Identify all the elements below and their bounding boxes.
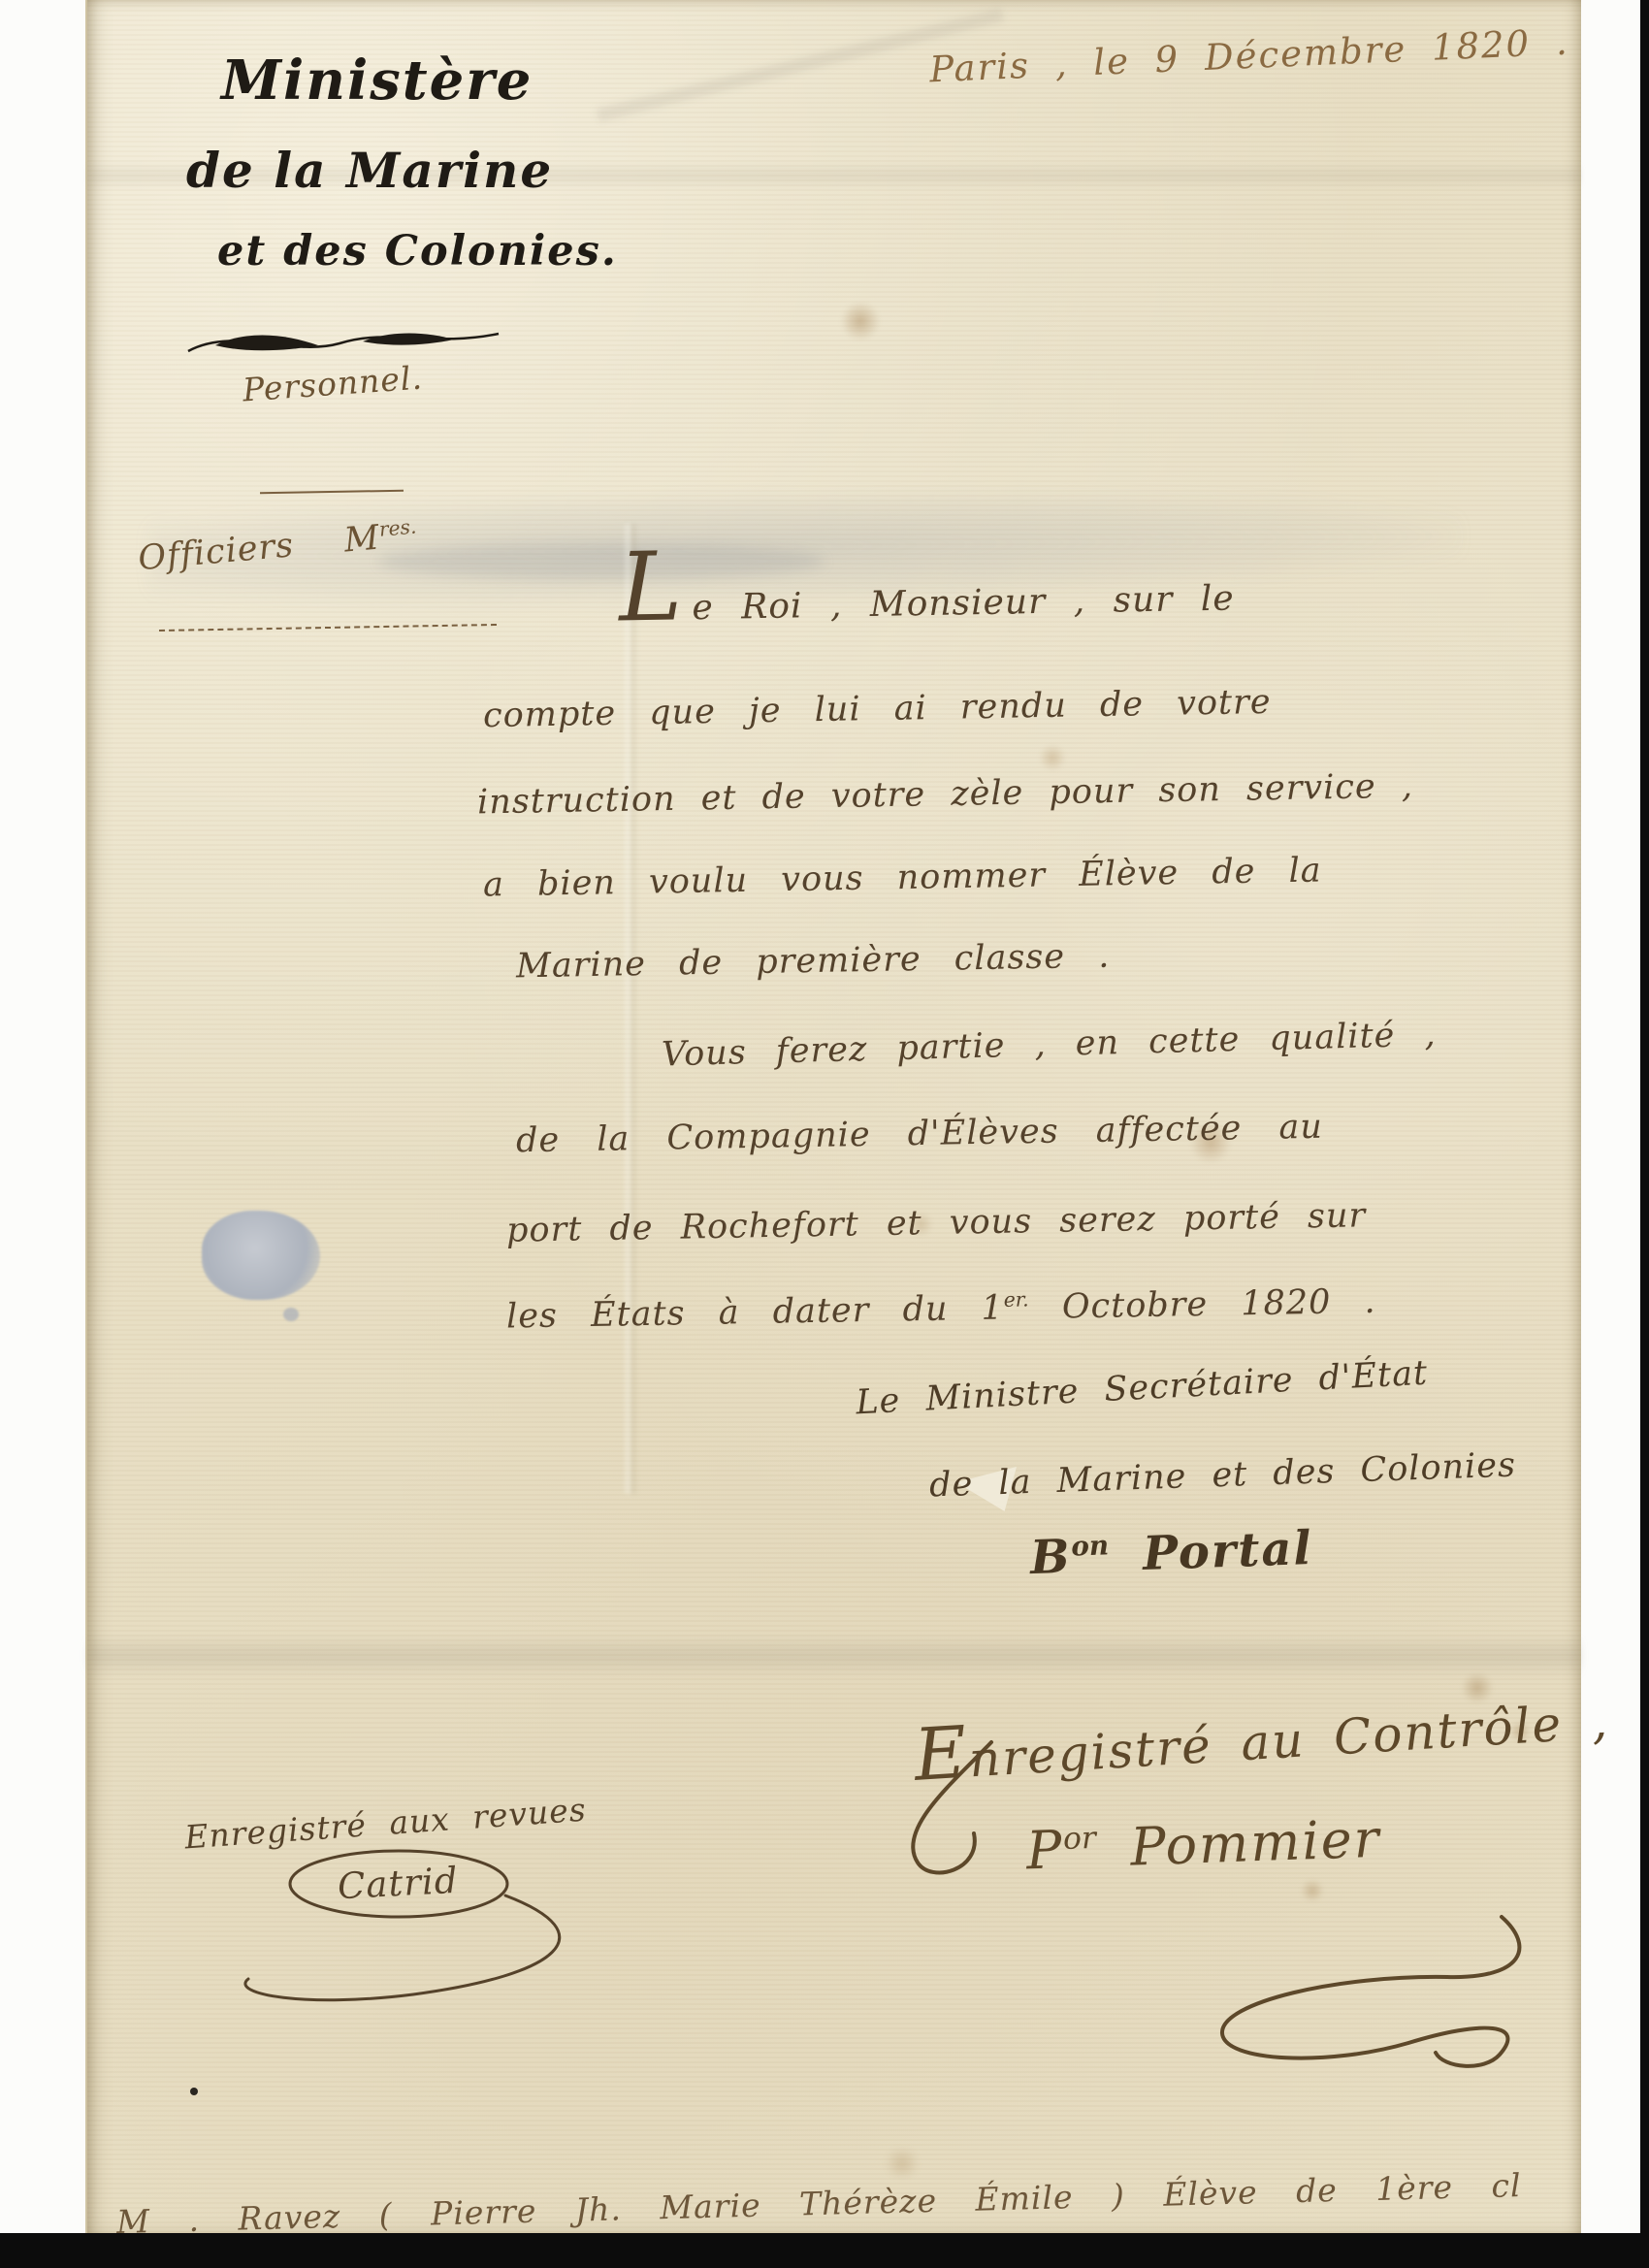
closing-line-2: de la Marine et des Colonies: [929, 1446, 1517, 1505]
margin-subject-superscript: res.: [378, 515, 418, 541]
minister-signature-superscript: on: [1071, 1529, 1110, 1562]
dateline: Paris , le 9 Décembre 1820 .: [928, 23, 1569, 90]
registration-control-paraphe: [1193, 1909, 1542, 2079]
body-line-4: a bien voulu vous nommer Élève de la: [483, 852, 1322, 904]
body-line-3: instruction et de votre zèle pour son se…: [477, 768, 1413, 822]
letter-paper: Ministère de la Marine et des Colonies. …: [85, 0, 1581, 2243]
registration-revues-paraphe: [200, 1845, 665, 2020]
body-line-7: de la Compagnie d'Élèves affectée au: [516, 1109, 1323, 1160]
body-line-9-prefix: les États à dater du 1: [506, 1289, 1004, 1337]
minister-signature-initial: B: [1029, 1530, 1073, 1585]
body-line-1-dropcap: L: [618, 532, 693, 643]
margin-subject-word: Officiers: [137, 526, 296, 578]
fold-crease-middle: [87, 1636, 1581, 1676]
registration-control-sig-superscript: or: [1062, 1821, 1096, 1857]
letterhead-flourish: [182, 318, 506, 367]
vertical-crease: [623, 524, 638, 1494]
registration-control-text: nregistré au Contrôle ,: [967, 1693, 1610, 1788]
minister-signature: Bon Portal: [1029, 1523, 1313, 1584]
ink-stain: [883, 2149, 921, 2178]
body-line-1-text: e Roi , Monsieur , sur le: [692, 578, 1235, 628]
body-line-9-suffix: Octobre 1820 .: [1028, 1282, 1376, 1327]
gray-seal-speck: [283, 1308, 299, 1321]
margin-subject-underline: [159, 624, 497, 632]
margin-section-label: Personnel.: [242, 361, 424, 408]
body-line-5: Marine de première classe .: [516, 938, 1111, 986]
scanned-letter-page: Ministère de la Marine et des Colonies. …: [0, 0, 1649, 2268]
letterhead-line-marine: de la Marine: [186, 142, 553, 199]
black-speck: [190, 2088, 198, 2095]
registration-control-sig-name: Pommier: [1095, 1808, 1381, 1879]
body-line-9: les États à dater du 1er. Octobre 1820 .: [506, 1282, 1376, 1336]
letterhead-line-colonies: et des Colonies.: [217, 227, 618, 275]
body-line-6: Vous ferez partie , en cette qualité ,: [662, 1017, 1437, 1074]
body-line-8: port de Rochefort et vous serez porté su…: [506, 1197, 1367, 1249]
margin-subject-label: Officiers Mres.: [137, 516, 419, 578]
body-line-1: Le Roi , Monsieur , sur le: [618, 526, 1235, 641]
gray-seal-blob: [202, 1211, 320, 1300]
registration-control-signature: Por Pommier: [1025, 1810, 1381, 1880]
letterhead-line-ministere: Ministère: [221, 49, 533, 113]
ink-stain: [839, 303, 882, 340]
ink-stain: [1300, 1880, 1325, 1901]
registration-control-sig-initial: P: [1025, 1819, 1065, 1881]
scan-edge-bottom: [0, 2233, 1649, 2268]
closing-line-1: Le Ministre Secrétaire d'État: [855, 1355, 1429, 1422]
registration-control-descender-flourish: [846, 1736, 1040, 1892]
ink-stain: [1038, 745, 1067, 770]
minister-signature-name: Portal: [1108, 1521, 1313, 1582]
body-line-9-superscript: er.: [1004, 1287, 1029, 1311]
margin-subject-initial: M: [342, 519, 381, 561]
margin-divider-line: [260, 490, 404, 495]
body-line-2: compte que je lui ai rendu de votre: [483, 684, 1272, 735]
scan-edge-right: [1640, 0, 1649, 2268]
footer-registry-note: M . Ravez ( Pierre Jh. Marie Thérèze Émi…: [116, 2168, 1522, 2240]
